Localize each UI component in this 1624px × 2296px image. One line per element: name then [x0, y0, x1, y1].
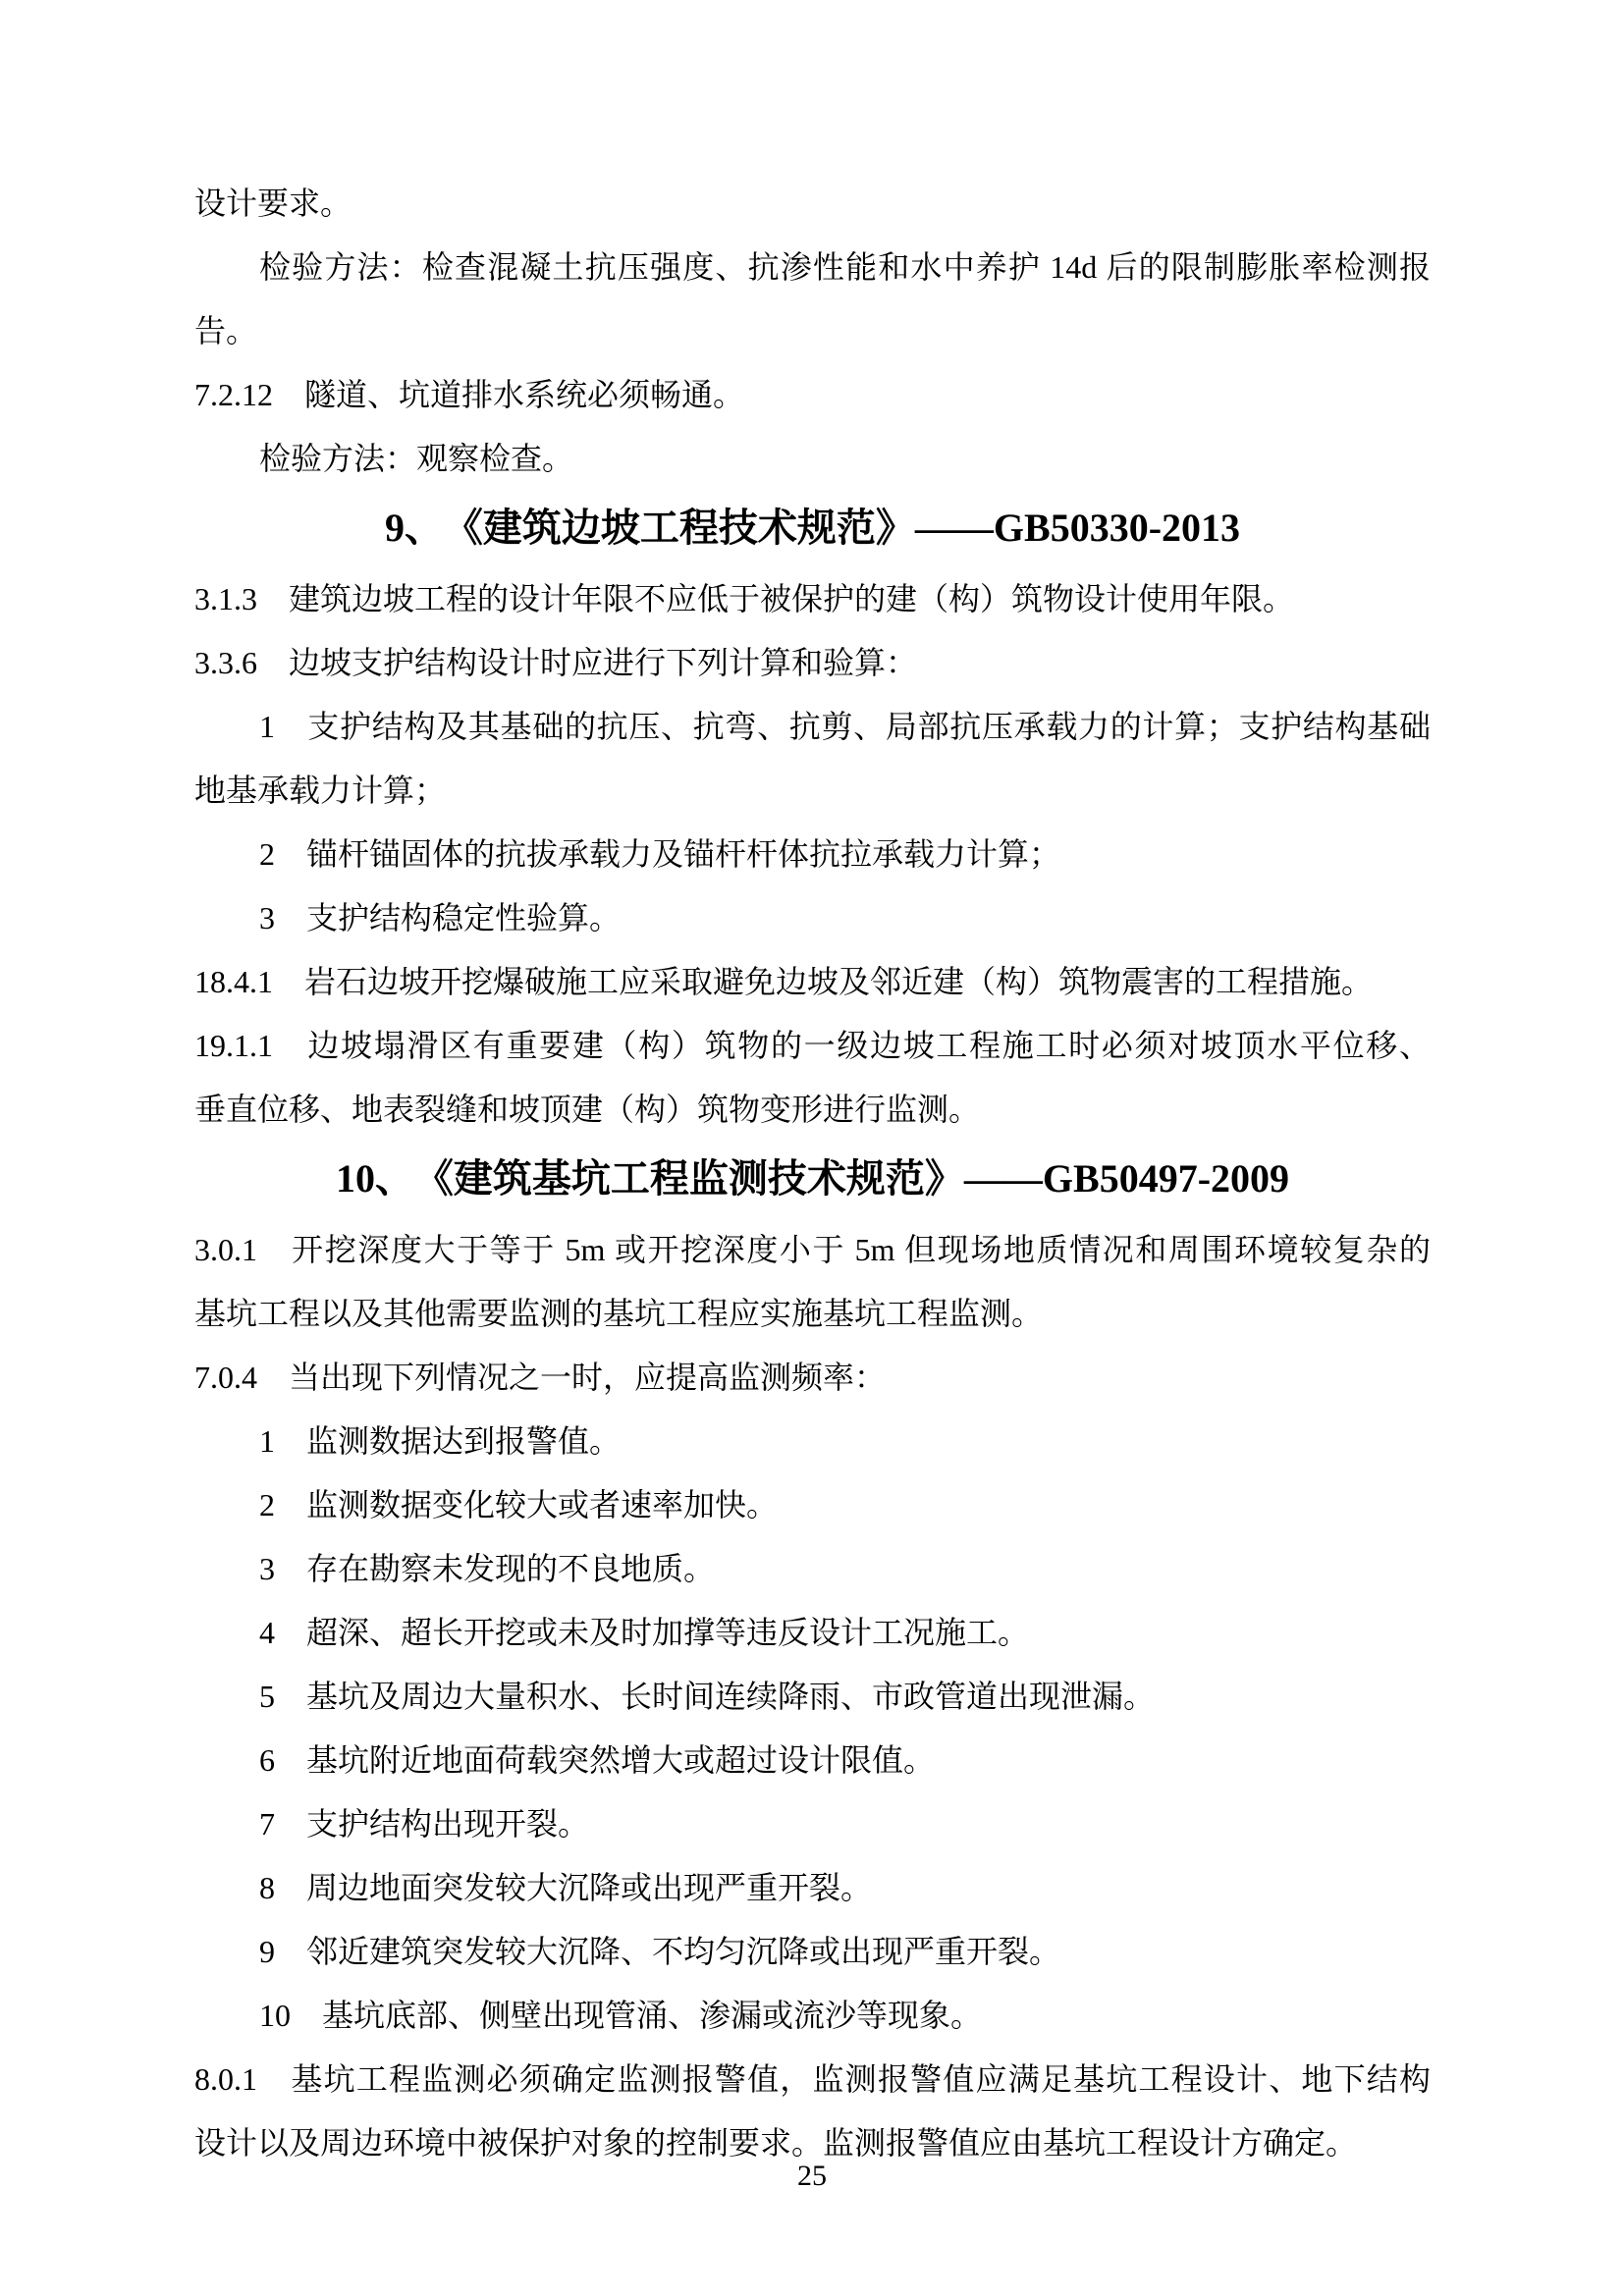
text-line: 基坑工程以及其他需要监测的基坑工程应实施基坑工程监测。 — [194, 1282, 1431, 1346]
list-item: 4 超深、超长开挖或未及时加撑等违反设计工况施工。 — [194, 1601, 1431, 1665]
list-item: 10 基坑底部、侧壁出现管涌、渗漏或流沙等现象。 — [194, 1984, 1431, 2048]
text-line: 检验方法：检查混凝土抗压强度、抗渗性能和水中养护 14d 后的限制膨胀率检测报 — [194, 236, 1431, 299]
clause-line: 8.0.1 基坑工程监测必须确定监测报警值，监测报警值应满足基坑工程设计、地下结… — [194, 2048, 1431, 2111]
list-item: 1 支护结构及其基础的抗压、抗弯、抗剪、局部抗压承载力的计算；支护结构基础 — [194, 695, 1431, 759]
list-item: 5 基坑及周边大量积水、长时间连续降雨、市政管道出现泄漏。 — [194, 1665, 1431, 1729]
list-item: 3 存在勘察未发现的不良地质。 — [194, 1537, 1431, 1601]
section-heading-10: 10、 《建筑基坑工程监测技术规范》——GB50497-2009 — [194, 1144, 1431, 1214]
section-heading-9: 9、 《建筑边坡工程技术规范》——GB50330-2013 — [194, 493, 1431, 563]
list-item: 8 周边地面突发较大沉降或出现严重开裂。 — [194, 1856, 1431, 1920]
text-line: 地基承载力计算； — [194, 759, 1431, 823]
list-item: 2 锚杆锚固体的抗拔承载力及锚杆杆体抗拉承载力计算； — [194, 823, 1431, 886]
clause-line: 3.0.1 开挖深度大于等于 5m 或开挖深度小于 5m 但现场地质情况和周围环… — [194, 1218, 1431, 1282]
clause-line: 7.0.4 当出现下列情况之一时，应提高监测频率： — [194, 1346, 1431, 1410]
clause-line: 3.3.6 边坡支护结构设计时应进行下列计算和验算： — [194, 631, 1431, 695]
clause-line: 7.2.12 隧道、坑道排水系统必须畅通。 — [194, 363, 1431, 427]
list-item: 1 监测数据达到报警值。 — [194, 1410, 1431, 1473]
document-body: 设计要求。 检验方法：检查混凝土抗压强度、抗渗性能和水中养护 14d 后的限制膨… — [194, 172, 1431, 2175]
clause-line: 19.1.1 边坡塌滑区有重要建（构）筑物的一级边坡工程施工时必须对坡顶水平位移… — [194, 1014, 1431, 1078]
clause-line: 3.1.3 建筑边坡工程的设计年限不应低于被保护的建（构）筑物设计使用年限。 — [194, 567, 1431, 631]
list-item: 6 基坑附近地面荷载突然增大或超过设计限值。 — [194, 1729, 1431, 1792]
text-line: 垂直位移、地表裂缝和坡顶建（构）筑物变形进行监测。 — [194, 1078, 1431, 1142]
clause-line: 18.4.1 岩石边坡开挖爆破施工应采取避免边坡及邻近建（构）筑物震害的工程措施… — [194, 950, 1431, 1014]
text-line: 检验方法：观察检查。 — [194, 427, 1431, 491]
list-item: 7 支护结构出现开裂。 — [194, 1792, 1431, 1856]
list-item: 9 邻近建筑突发较大沉降、不均匀沉降或出现严重开裂。 — [194, 1920, 1431, 1984]
page-number: 25 — [0, 2152, 1624, 2201]
text-line: 告。 — [194, 299, 1431, 363]
list-item: 2 监测数据变化较大或者速率加快。 — [194, 1473, 1431, 1537]
list-item: 3 支护结构稳定性验算。 — [194, 886, 1431, 950]
document-page: 设计要求。 检验方法：检查混凝土抗压强度、抗渗性能和水中养护 14d 后的限制膨… — [0, 0, 1624, 2296]
text-line: 设计要求。 — [194, 172, 1431, 236]
